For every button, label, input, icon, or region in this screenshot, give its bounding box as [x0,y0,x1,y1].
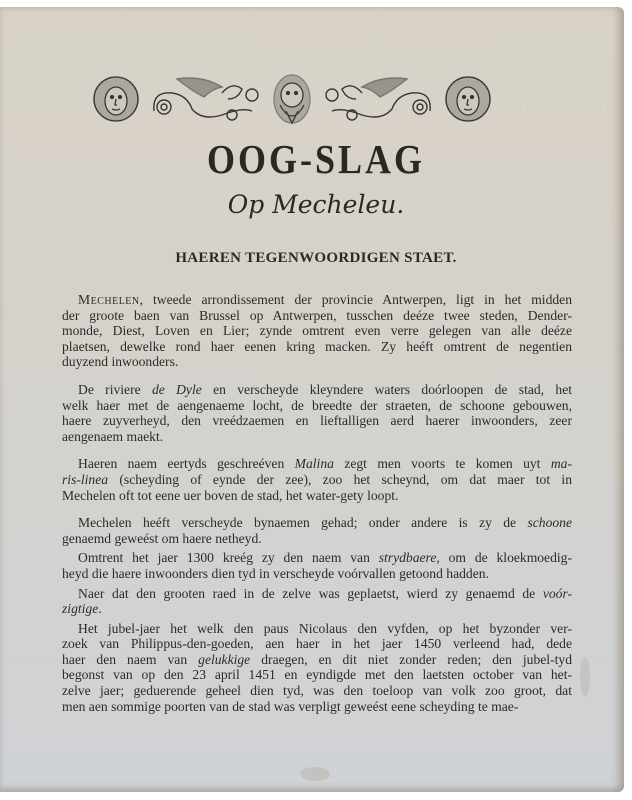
text-run: draegen, en dit niet zonder reden; den j… [250,652,572,667]
italic-run: ris-linea [62,472,108,487]
italic-run: de Dyle [152,382,202,397]
page-subtitle: Op Mecheleu. [0,190,632,219]
text-line: aengenaem maekt. [62,429,572,445]
text-run: zegt men voorts te komen uyt [334,456,551,471]
text-run: begonst van op den 23 april 1451 en eynd… [62,667,572,682]
text-run: welk haer met de aengenaeme locht, de br… [62,398,572,413]
face-mask-icon [446,77,490,121]
italic-run: strydbaere [379,550,437,565]
bearded-mask-icon [274,75,310,123]
text-line: zigtige. [62,601,572,617]
text-line: welk haer met de aengenaeme locht, de br… [62,398,572,414]
italic-run: gelukkige [198,652,250,667]
text-run: Mechelen oft tot eene uer boven de stad,… [62,488,398,503]
text-run: heyd die haere inwoonders dien tyd in ve… [62,566,489,581]
text-run: Het jubel-jaer het welk den paus Nicolau… [78,621,572,636]
text-line: ris-linea (scheyding of eynde der zee), … [62,472,572,488]
text-line: der groote baen van Brussel op Antwerpen… [62,308,572,324]
page-title: OOG-SLAG [0,135,632,183]
section-heading: HAEREN TEGENWOORDIGEN STAET. [0,250,632,267]
text-line: duyzend inwoonders. [62,354,572,370]
text-run: Haeren naem eertyds geschreéven [78,456,295,471]
body-text: Mechelen, tweede arrondissement der prov… [62,292,572,714]
text-run: zelve jaer; geduerende geheel dien tyd, … [62,683,572,698]
paper-stain [580,657,590,697]
text-line: haer den naem van gelukkige draegen, en … [62,652,572,668]
italic-run: Malina [295,456,334,471]
text-run: genaemd geweést om haere netheyd. [62,531,262,546]
text-line: begonst van op den 23 april 1451 en eynd… [62,667,572,683]
smallcaps-lead: Mechelen [78,292,140,307]
paragraph: De riviere de Dyle en verscheyde kleynde… [62,382,572,444]
text-line: Omtrent het jaer 1300 kreég zy den naem … [62,550,572,566]
text-run: en verscheyde kleyndere waters doórloope… [202,382,572,397]
paragraph: Haeren naem eertyds geschreéven Malina z… [62,456,572,503]
text-line: heyd die haere inwoonders dien tyd in ve… [62,566,572,582]
text-line: men aen sommige poorten van de stad was … [62,699,572,715]
headpiece-ornament [92,71,492,127]
text-run: der groote baen van Brussel op Antwerpen… [62,308,572,323]
text-line: haere zuyverheyd, den vreédzaemen en lie… [62,413,572,429]
text-run: Mechelen heéft verscheyde bynaemen gehad… [78,515,527,530]
paper-stain [300,767,330,781]
text-run: . [98,601,101,616]
text-run: haer den naem van [62,652,198,667]
winged-dragon-scroll-icon [154,78,258,120]
text-run: , om de kloekmoedig- [436,550,572,565]
text-line: Het jubel-jaer het welk den paus Nicolau… [62,621,572,637]
text-run: haere zuyverheyd, den vreédzaemen en lie… [62,413,572,428]
text-run: zoek van Philippus-den-goeden, aen haer … [62,636,572,651]
text-run: Omtrent het jaer 1300 kreég zy den naem … [78,550,379,565]
paragraph: Mechelen heéft verscheyde bynaemen gehad… [62,515,572,546]
text-line: Naer dat den grooten raed in de zelve wa… [62,586,572,602]
paragraph: Mechelen, tweede arrondissement der prov… [62,292,572,370]
paragraph: Het jubel-jaer het welk den paus Nicolau… [62,621,572,715]
italic-run: schoone [527,515,572,530]
text-line: plaetsen, dewelke rond haer eenen kring … [62,339,572,355]
text-line: De riviere de Dyle en verscheyde kleynde… [62,382,572,398]
text-line: monde, Diest, Loven en Lier; zynde omtre… [62,323,572,339]
text-run: (scheyding of eynde der zee), zoo het sc… [108,472,572,487]
text-line: zoek van Philippus-den-goeden, aen haer … [62,636,572,652]
text-run: monde, Diest, Loven en Lier; zynde omtre… [62,323,572,338]
text-run: plaetsen, dewelke rond haer eenen kring … [62,339,572,354]
italic-run: ma- [551,456,572,471]
text-run: duyzend inwoonders. [62,354,178,369]
text-line: zelve jaer; geduerende geheel dien tyd, … [62,683,572,699]
text-run: men aen sommige poorten van de stad was … [62,699,518,714]
text-run: aengenaem maekt. [62,429,163,444]
text-line: Mechelen heéft verscheyde bynaemen gehad… [62,515,572,531]
italic-run: voór- [543,586,572,601]
paragraph: Naer dat den grooten raed in de zelve wa… [62,586,572,617]
text-line: Mechelen oft tot eene uer boven de stad,… [62,488,572,504]
text-line: Haeren naem eertyds geschreéven Malina z… [62,456,572,472]
winged-dragon-scroll-icon [326,78,430,120]
text-run: De riviere [78,382,152,397]
text-run: Naer dat den grooten raed in de zelve wa… [78,586,543,601]
face-mask-icon [94,77,138,121]
text-line: Mechelen, tweede arrondissement der prov… [62,292,572,308]
italic-run: zigtige [62,601,98,616]
paragraph: Omtrent het jaer 1300 kreég zy den naem … [62,550,572,581]
text-run: , tweede arrondissement der provincie An… [140,292,572,307]
text-line: genaemd geweést om haere netheyd. [62,531,572,547]
